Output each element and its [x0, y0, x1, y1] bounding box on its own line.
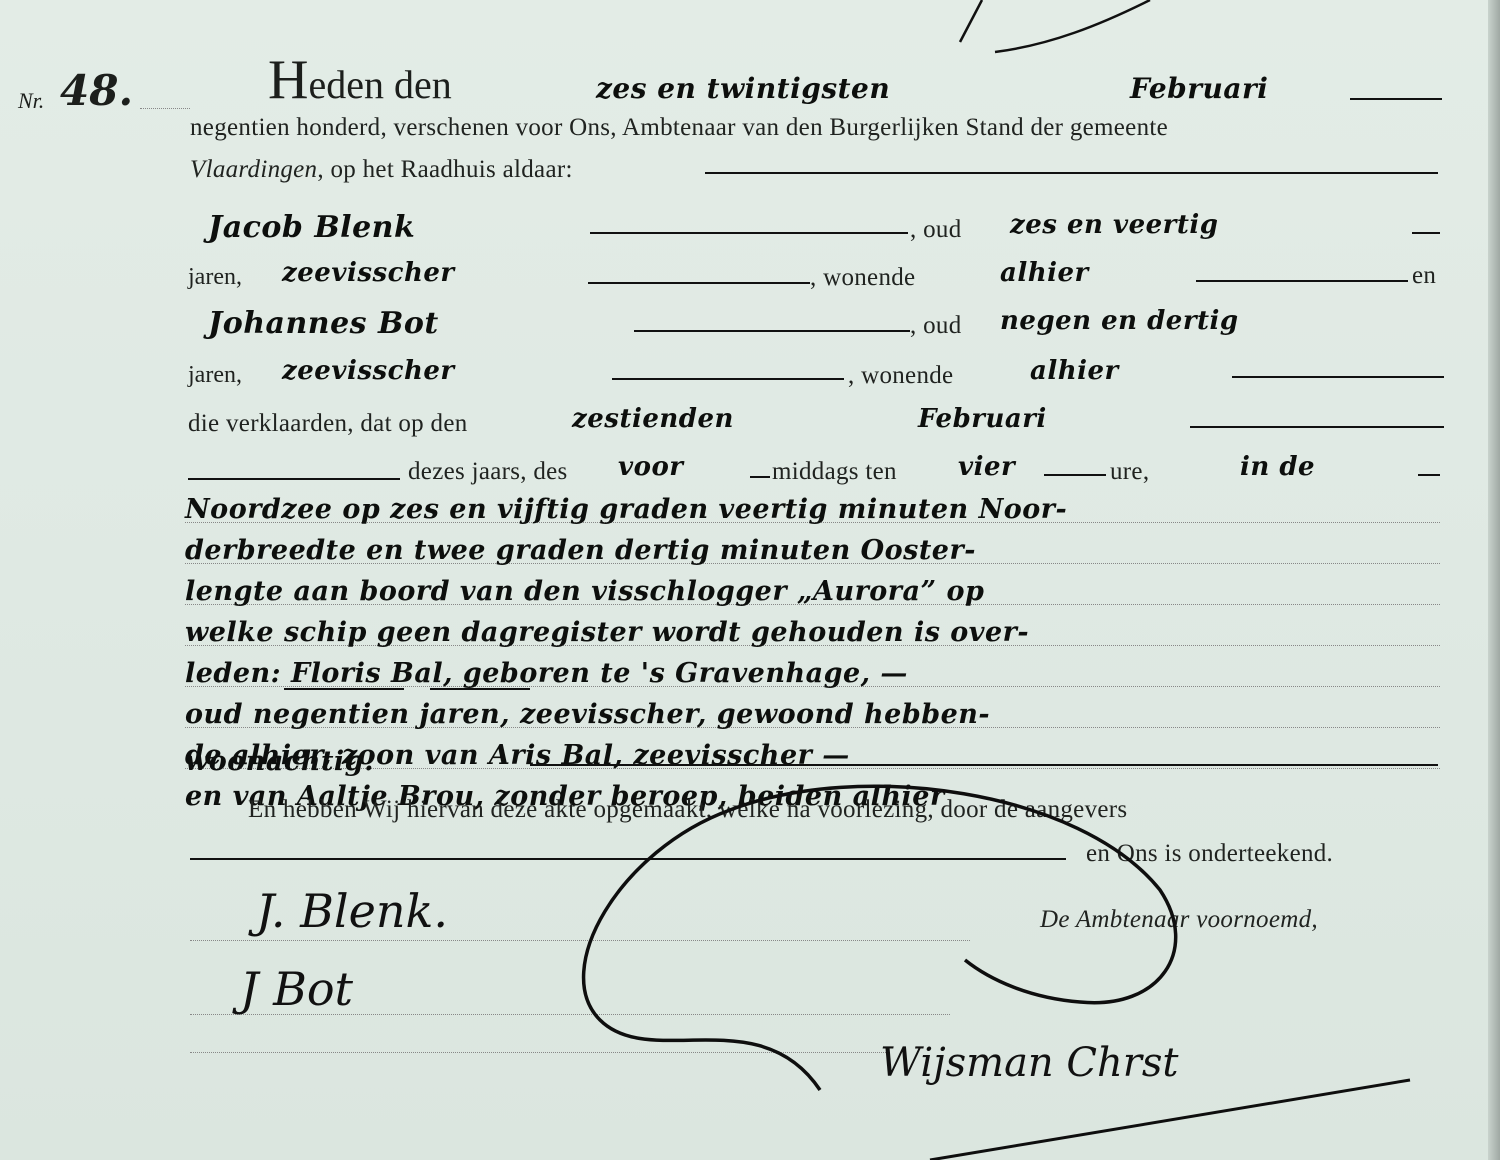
- rule: [705, 172, 1438, 174]
- hw-declarant1-occupation: zeevisscher: [282, 258, 455, 288]
- heading-heden-den: Heden den: [268, 48, 452, 112]
- pen-stroke-decoration: [900, 0, 1220, 80]
- rule: [188, 478, 400, 480]
- hw-declarant2-name: Johannes Bot: [208, 306, 439, 341]
- dotted-line: [140, 108, 190, 109]
- rule: [1412, 232, 1440, 234]
- hw-date-day: zes en twintigsten: [596, 72, 890, 105]
- hw-body-line: woonachtig.: [185, 746, 374, 777]
- hw-declarant2-age: negen en dertig: [1000, 306, 1239, 336]
- rule: [612, 378, 844, 380]
- record-number: 48.: [60, 66, 133, 115]
- rule: [530, 764, 1438, 766]
- label-wonende: , wonende: [810, 264, 915, 292]
- hw-body-line-deceased: leden: Floris Bal, geboren te 's Gravenh…: [185, 658, 908, 689]
- hw-time-of-day: voor: [618, 452, 684, 482]
- underline-deceased-first: [284, 688, 404, 690]
- document-page: Nr. 48. Heden den zes en twintigsten Feb…: [0, 0, 1488, 1160]
- hw-declarant1-age: zes en veertig: [1010, 210, 1218, 240]
- hw-declarant1-residence: alhier: [1000, 258, 1089, 288]
- printed-line-3: Vlaardingen, op het Raadhuis aldaar:: [190, 156, 573, 184]
- label-jaren: jaren,: [188, 264, 242, 291]
- rule: [1232, 376, 1444, 378]
- rule: [1196, 280, 1408, 282]
- hw-body-line: oud negentien jaren, zeevisscher, gewoon…: [185, 699, 990, 730]
- label-wonende: , wonende: [848, 362, 953, 390]
- label-ure: ure,: [1110, 458, 1149, 486]
- number-label: Nr.: [18, 88, 44, 114]
- hw-death-month: Februari: [918, 404, 1047, 434]
- hw-declarant1-name: Jacob Blenk: [208, 210, 415, 245]
- label-middags-ten: middags ten: [772, 458, 897, 486]
- signature-declarant2: J Bot: [240, 962, 353, 1016]
- hw-declarant2-residence: alhier: [1030, 356, 1119, 386]
- signature-declarant1: J. Blenk.: [256, 884, 448, 938]
- label-jaren: jaren,: [188, 362, 242, 389]
- hw-death-day: zestienden: [572, 404, 734, 434]
- rule: [1190, 426, 1444, 428]
- municipality: Vlaardingen: [190, 156, 317, 183]
- hw-body-line: derbreedte en twee graden dertig minuten…: [185, 535, 976, 566]
- hw-hour: vier: [958, 452, 1015, 482]
- underline-deceased-last: [430, 688, 530, 690]
- rule: [588, 282, 810, 284]
- rule: [1418, 474, 1440, 476]
- hw-body-line: Noordzee op zes en vijftig graden veerti…: [185, 494, 1067, 525]
- label-oud: , oud: [910, 312, 962, 340]
- hw-body-line: welke schip geen dagregister wordt gehou…: [185, 617, 1029, 648]
- hw-declarant2-occupation: zeevisscher: [282, 356, 455, 386]
- hw-body-line: lengte aan boord van den visschlogger „A…: [185, 576, 984, 607]
- signature-underline-stroke: [920, 1050, 1420, 1160]
- hw-place-start: in de: [1240, 452, 1315, 482]
- label-verklaarden: die verklaarden, dat op den: [188, 410, 468, 438]
- rule: [750, 476, 770, 478]
- label-oud: , oud: [910, 216, 962, 244]
- rule: [634, 330, 910, 332]
- page-edge: [1488, 0, 1500, 1160]
- label-dezes-jaars: dezes jaars, des: [408, 458, 568, 486]
- rule: [1044, 474, 1106, 476]
- rule: [590, 232, 908, 234]
- rule: [1350, 98, 1442, 100]
- label-en: en: [1412, 262, 1436, 290]
- printed-line-2: negentien honderd, verschenen voor Ons, …: [190, 114, 1168, 142]
